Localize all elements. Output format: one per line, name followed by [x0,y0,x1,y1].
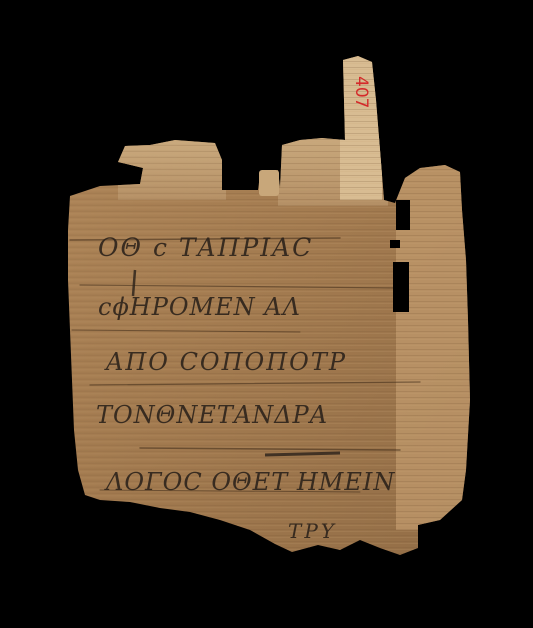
text-line-3: ΑΠΟ ϹΟΠΟΠΟΤΡ [104,348,347,376]
inventory-number: 407 [351,76,371,108]
text-line-4: ΤΟΝΘΝΕΤΑΝΔΡΑ [96,401,328,429]
text-line-2: ϲϕΗΡΟΜΕΝ ΑΛ [98,293,301,321]
photo-background: ΟΘ ϲ ΤΑΠΡΙΑϹ ϲϕΗΡΟΜΕΝ ΑΛ ΑΠΟ ϹΟΠΟΠΟΤΡ ΤΟ… [0,0,533,628]
text-line-6: ΤΡΥ [288,519,337,543]
papyrus-fragment: ΟΘ ϲ ΤΑΠΡΙΑϹ ϲϕΗΡΟΜΕΝ ΑΛ ΑΠΟ ϹΟΠΟΠΟΤΡ ΤΟ… [0,0,533,628]
text-line-1: ΟΘ ϲ ΤΑΠΡΙΑϹ [98,233,313,262]
text-line-5: ΛΟΓΟϹ ΟΘΕΤ ΗΜΕΙΝ [104,468,395,496]
